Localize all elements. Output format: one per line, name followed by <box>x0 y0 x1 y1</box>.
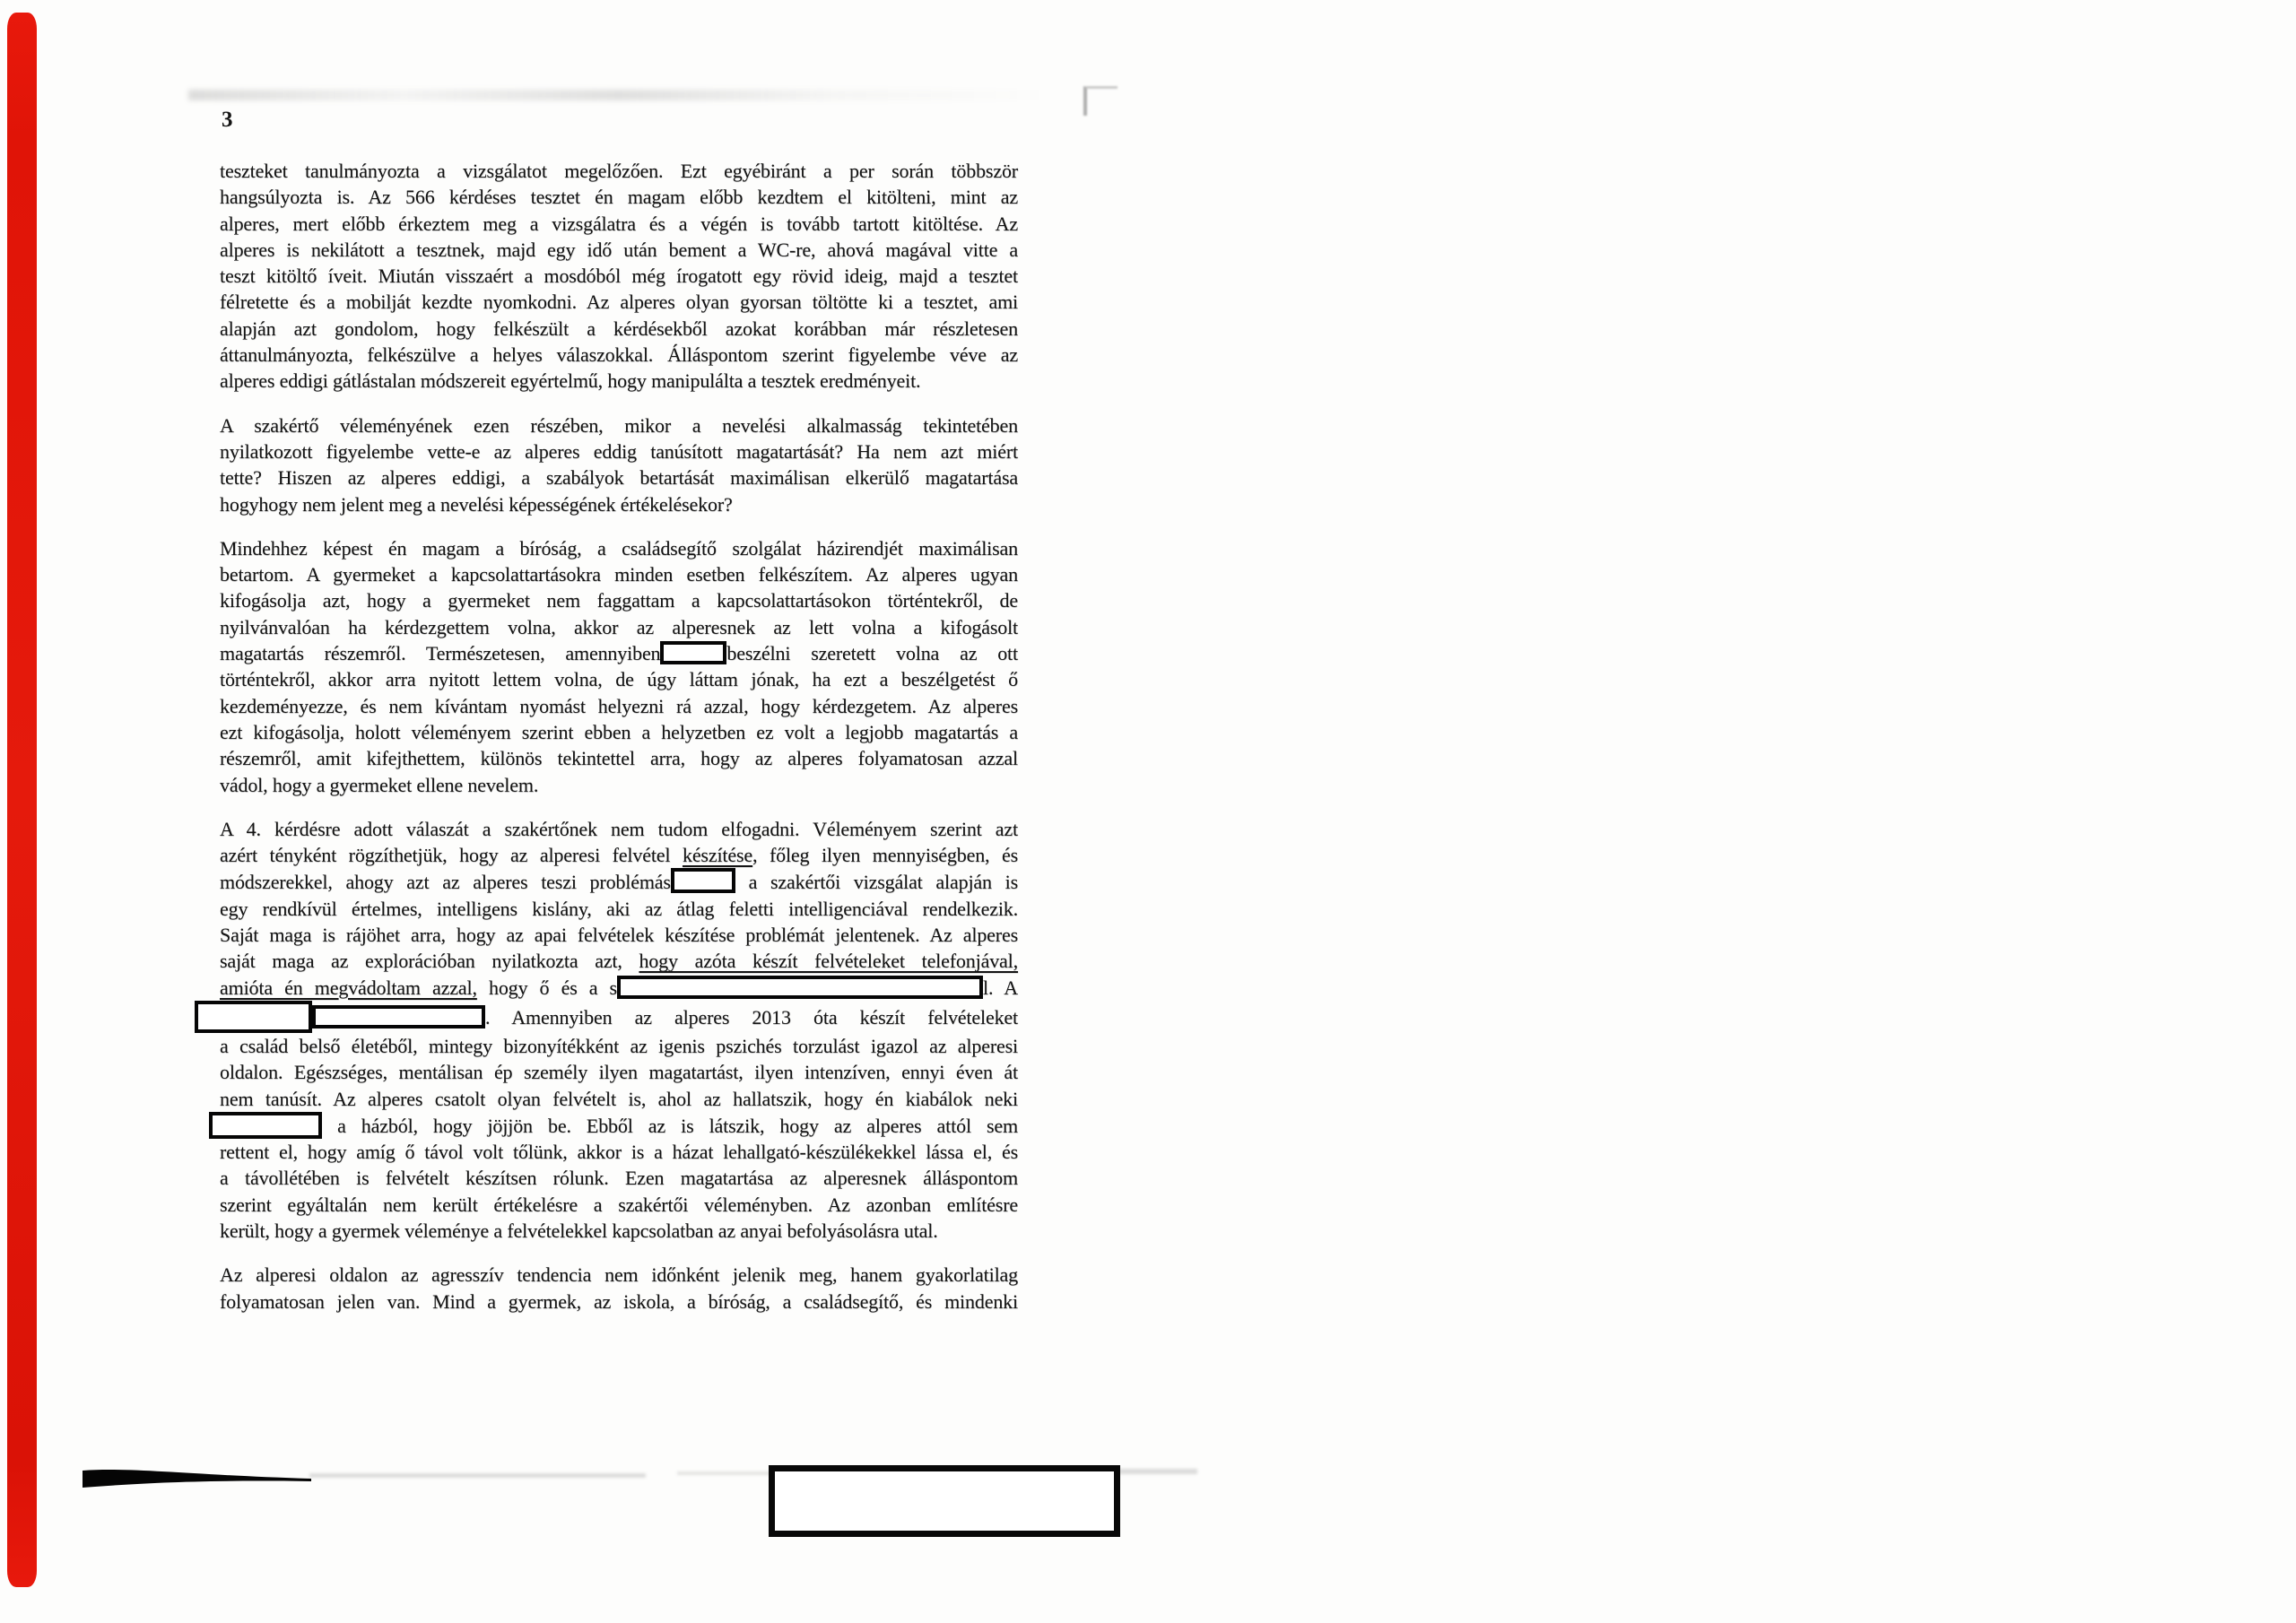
text-run: áttanulmányozta, felkészülve a helyes vá… <box>220 343 1018 366</box>
text-run: egy rendkívül értelmes, intelligens kisl… <box>220 898 1018 920</box>
text-line: Mindehhez képest én magam a bíróság, a c… <box>220 535 1018 561</box>
text-run: tette? Hiszen az alperes eddigi, a szabá… <box>220 466 1018 489</box>
text-line: alperes is nekilátott a tesztnek, majd e… <box>220 237 1018 263</box>
text-run: , főleg ilyen mennyiségben, és <box>752 844 1018 866</box>
text-run: folyamatosan jelen van. Mind a gyermek, … <box>220 1290 1018 1313</box>
text-run: kifogásolja azt, hogy a gyermeket nem fa… <box>220 589 1018 612</box>
text-line: betartom. A gyermeket a kapcsolattartáso… <box>220 561 1018 587</box>
text-line: hangsúlyozta is. Az 566 kérdéses tesztet… <box>220 184 1018 210</box>
text-line: a távollétében is felvételt készítsen ró… <box>220 1165 1018 1191</box>
text-run: A szakértő véleményének ezen részében, m… <box>220 414 1018 437</box>
redaction-box <box>209 1112 322 1139</box>
text-line: . Amennyiben az alperes 2013 óta készít … <box>195 1001 1018 1033</box>
text-run: Saját maga is rájöhet arra, hogy az apai… <box>220 924 1018 946</box>
paragraph: Mindehhez képest én magam a bíróság, a c… <box>220 535 1018 798</box>
text-line: magatartás részemről. Természetesen, ame… <box>220 640 1018 666</box>
text-run: teszteket tanulmányozta a vizsgálatot me… <box>220 160 1018 182</box>
text-line: nyilatkozott figyelembe vette-e az alper… <box>220 438 1018 464</box>
redaction-box <box>671 868 735 893</box>
text-line: a család belső életéből, mintegy bizonyí… <box>220 1033 1018 1059</box>
text-run: nyilvánvalóan ha kérdezgettem volna, akk… <box>220 616 1018 638</box>
text-run: rettent el, hogy amíg ő távol volt tőlün… <box>220 1141 1018 1163</box>
text-line: a házból, hogy jöjjön be. Ebből az is lá… <box>209 1112 1018 1139</box>
text-run: kezdeményezze, és nem kívántam nyomást h… <box>220 695 1018 717</box>
text-run: . Amennyiben az alperes 2013 óta készít … <box>485 1006 1018 1028</box>
text-run: Az alperesi oldalon az agresszív tendenc… <box>220 1263 1018 1286</box>
text-line: azért tényként rögzíthetjük, hogy az alp… <box>220 842 1018 868</box>
underlined-text: készítése <box>683 844 752 866</box>
scanner-edge-wedge <box>83 1467 311 1492</box>
redaction-box <box>312 1005 485 1028</box>
text-run: a házból, hogy jöjjön be. Ebből az is lá… <box>322 1115 1018 1137</box>
text-run: részemről, amit kifejthettem, különös te… <box>220 747 1018 769</box>
paragraph: A szakértő véleményének ezen részében, m… <box>220 412 1018 517</box>
text-line: alapján azt gondolom, hogy felkészült a … <box>220 316 1018 342</box>
text-line: került, hogy a gyermek véleménye a felvé… <box>220 1218 1018 1244</box>
scan-smudge-band <box>188 90 1049 100</box>
text-run: került, hogy a gyermek véleménye a felvé… <box>220 1219 938 1242</box>
text-run: a távollétében is felvételt készítsen ró… <box>220 1167 1018 1189</box>
text-line: részemről, amit kifejthettem, különös te… <box>220 745 1018 771</box>
text-line: A 4. kérdésre adott válaszát a szakértőn… <box>220 816 1018 842</box>
text-block: teszteket tanulmányozta a vizsgálatot me… <box>220 158 1018 1332</box>
text-run: nyilatkozott figyelembe vette-e az alper… <box>220 440 1018 463</box>
text-line: amióta én megvádoltam azzal, hogy ő és a… <box>220 975 1018 1001</box>
text-line: kezdeményezze, és nem kívántam nyomást h… <box>220 693 1018 719</box>
text-line: egy rendkívül értelmes, intelligens kisl… <box>220 896 1018 922</box>
text-run: a szakértői vizsgálat alapján is <box>735 871 1018 893</box>
underlined-text: hogy azóta készít felvételeket telefonjá… <box>639 950 1018 972</box>
text-run: szerint egyáltalán nem került értékelésr… <box>220 1193 1018 1216</box>
scanned-document-page: 3 teszteket tanulmányozta a vizsgálatot … <box>0 0 2296 1623</box>
text-run: alperes is nekilátott a tesztnek, majd e… <box>220 239 1018 261</box>
text-run: betartom. A gyermeket a kapcsolattartáso… <box>220 563 1018 586</box>
empty-redaction-frame <box>769 1465 1120 1537</box>
text-run: hogy ő és a s <box>477 976 617 999</box>
text-run: alapján azt gondolom, hogy felkészült a … <box>220 317 1018 340</box>
text-run: beszélni szeretett volna az ott <box>726 642 1018 664</box>
text-run: történtekről, akkor arra nyitott lettem … <box>220 668 1018 690</box>
text-line: saját maga az explorációban nyilatkozta … <box>220 948 1018 974</box>
text-line: teszt kitöltő íveit. Miután visszaért a … <box>220 263 1018 289</box>
text-run: saját maga az explorációban nyilatkozta … <box>220 950 639 972</box>
text-run: teszt kitöltő íveit. Miután visszaért a … <box>220 265 1018 287</box>
text-line: hogyhogy nem jelent meg a nevelési képes… <box>220 491 1018 517</box>
text-line: félretette és a mobilját kezdte nyomkodn… <box>220 289 1018 315</box>
text-line: alperes, mert előbb érkeztem meg a vizsg… <box>220 211 1018 237</box>
text-run: hangsúlyozta is. Az 566 kérdéses tesztet… <box>220 186 1018 208</box>
text-run: l. A <box>983 976 1018 999</box>
text-run: oldalon. Egészséges, mentálisan ép szemé… <box>220 1061 1018 1083</box>
text-line: tette? Hiszen az alperes eddigi, a szabá… <box>220 464 1018 490</box>
pencil-mark <box>1083 86 1118 116</box>
text-line: vádol, hogy a gyermeket ellene nevelem. <box>220 772 1018 798</box>
text-run: a család belső életéből, mintegy bizonyí… <box>220 1035 1018 1057</box>
red-margin-stripe <box>7 13 37 1587</box>
text-line: Az alperesi oldalon az agresszív tendenc… <box>220 1262 1018 1288</box>
page-number: 3 <box>222 108 233 133</box>
text-line: kifogásolja azt, hogy a gyermeket nem fa… <box>220 587 1018 613</box>
text-run: módszerekkel, ahogy azt az alperes teszi… <box>220 871 671 893</box>
text-run: ezt kifogásolja, holott véleményem szeri… <box>220 721 1018 743</box>
text-line: módszerekkel, ahogy azt az alperes teszi… <box>220 868 1018 895</box>
text-run: A 4. kérdésre adott válaszát a szakértőn… <box>220 818 1018 840</box>
text-run: hogyhogy nem jelent meg a nevelési képes… <box>220 493 733 516</box>
redaction-box <box>617 976 983 999</box>
text-line: teszteket tanulmányozta a vizsgálatot me… <box>220 158 1018 184</box>
text-line: áttanulmányozta, felkészülve a helyes vá… <box>220 342 1018 368</box>
text-run: azért tényként rögzíthetjük, hogy az alp… <box>220 844 683 866</box>
text-line: nyilvánvalóan ha kérdezgettem volna, akk… <box>220 614 1018 640</box>
text-run: félretette és a mobilját kezdte nyomkodn… <box>220 291 1018 313</box>
redaction-box <box>195 1001 312 1033</box>
text-line: szerint egyáltalán nem került értékelésr… <box>220 1192 1018 1218</box>
text-line: alperes eddigi gátlástalan módszereit eg… <box>220 368 1018 394</box>
text-line: rettent el, hogy amíg ő távol volt tőlün… <box>220 1139 1018 1165</box>
paragraph: A 4. kérdésre adott válaszát a szakértőn… <box>220 816 1018 1244</box>
text-run: magatartás részemről. Természetesen, ame… <box>220 642 660 664</box>
redaction-box <box>660 641 726 664</box>
text-run: nem tanúsít. Az alperes csatolt olyan fe… <box>220 1088 1018 1110</box>
paragraph: teszteket tanulmányozta a vizsgálatot me… <box>220 158 1018 395</box>
text-line: nem tanúsít. Az alperes csatolt olyan fe… <box>220 1086 1018 1112</box>
text-run: alperes eddigi gátlástalan módszereit eg… <box>220 369 920 392</box>
text-line: történtekről, akkor arra nyitott lettem … <box>220 666 1018 692</box>
text-line: oldalon. Egészséges, mentálisan ép szemé… <box>220 1059 1018 1085</box>
text-run: vádol, hogy a gyermeket ellene nevelem. <box>220 774 538 796</box>
text-line: ezt kifogásolja, holott véleményem szeri… <box>220 719 1018 745</box>
text-line: A szakértő véleményének ezen részében, m… <box>220 412 1018 438</box>
text-run: alperes, mert előbb érkeztem meg a vizsg… <box>220 213 1018 235</box>
underlined-text: amióta én megvádoltam azzal, <box>220 976 477 999</box>
text-line: folyamatosan jelen van. Mind a gyermek, … <box>220 1289 1018 1315</box>
text-line: Saját maga is rájöhet arra, hogy az apai… <box>220 922 1018 948</box>
scan-streak <box>309 1473 646 1478</box>
text-run: Mindehhez képest én magam a bíróság, a c… <box>220 537 1018 560</box>
paragraph: Az alperesi oldalon az agresszív tendenc… <box>220 1262 1018 1315</box>
